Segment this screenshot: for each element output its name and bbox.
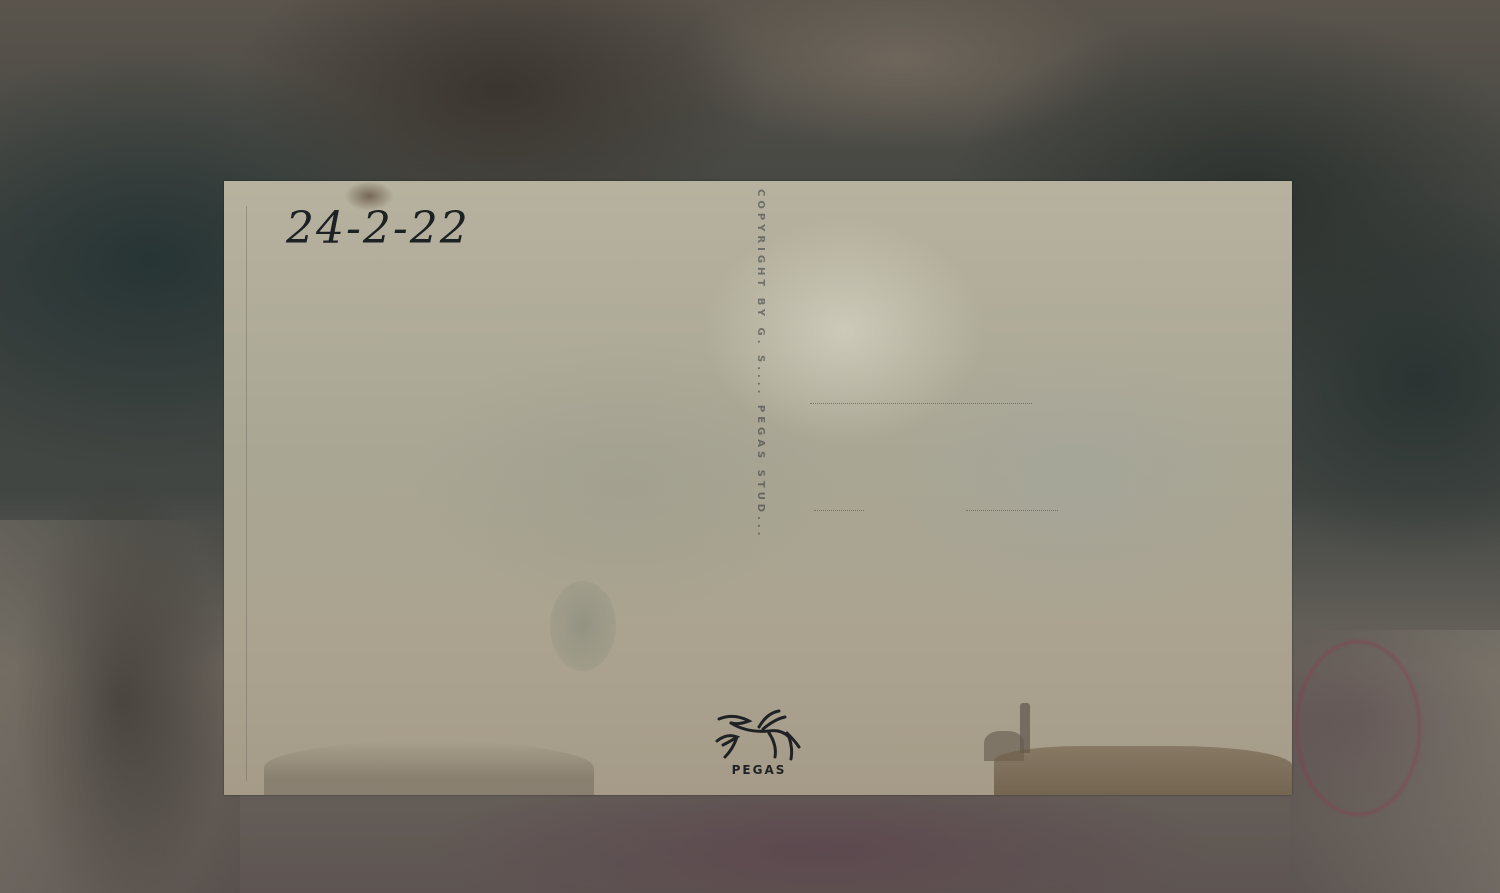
artwork-canvas: 24-2-22 COPYRIGHT BY G. S.... PEGAS STUD… bbox=[0, 0, 1500, 893]
postcard-margin-line bbox=[246, 206, 247, 781]
address-line bbox=[814, 510, 864, 511]
vertical-imprint: COPYRIGHT BY G. S.... PEGAS STUD... bbox=[755, 189, 766, 569]
rust-ring-stain bbox=[1295, 640, 1421, 816]
water-stain-circle bbox=[550, 581, 616, 671]
winged-horse-icon bbox=[709, 707, 809, 767]
faded-tower bbox=[1020, 703, 1030, 753]
handwritten-date: 24-2-22 bbox=[286, 203, 470, 254]
publisher-logo: PEGAS bbox=[704, 707, 814, 787]
postcard-back: 24-2-22 COPYRIGHT BY G. S.... PEGAS STUD… bbox=[224, 181, 1292, 795]
faded-skyline-right bbox=[994, 746, 1292, 795]
left-drip-stain bbox=[0, 520, 240, 893]
address-line bbox=[810, 403, 1032, 404]
publisher-logo-text: PEGAS bbox=[704, 763, 814, 777]
address-line bbox=[966, 510, 1058, 511]
faded-horizon-left bbox=[264, 741, 594, 795]
